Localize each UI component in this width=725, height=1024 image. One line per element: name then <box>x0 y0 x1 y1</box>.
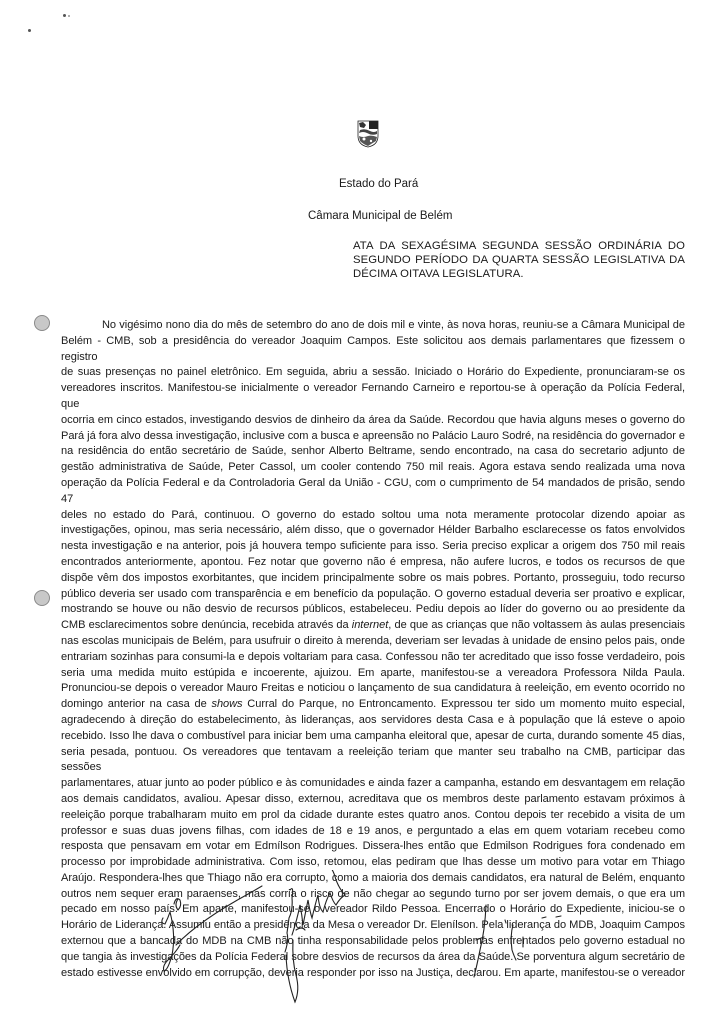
minutes-line: mostrando se houve ou não desvio de recu… <box>61 602 685 618</box>
scan-artifact-dot <box>63 14 66 17</box>
minutes-line: público deveria ser usado com transparên… <box>61 587 685 603</box>
minutes-line: Belém - CMB, sob a presidência do veread… <box>61 334 685 366</box>
minutes-line: recebido. Isso lhe dava o combustível pa… <box>61 729 685 745</box>
minutes-line: operação da Polícia Federal e da Control… <box>61 476 685 508</box>
scan-artifact-dot <box>68 15 70 17</box>
minutes-line: seria pesada, pontuou. Os vereadores que… <box>61 745 685 777</box>
minutes-line: entrariam sozinhas para consumi-la e dep… <box>61 650 685 666</box>
minutes-line: encontrados anteriormente, apontou. Fez … <box>61 555 685 571</box>
minutes-line: processo por improbidade administrativa.… <box>61 855 685 871</box>
signature-2 <box>285 870 345 1002</box>
minutes-line: No vigésimo nono dia do mês de setembro … <box>61 318 685 334</box>
minutes-line: aos demais candidatos, avaliou. Apesar d… <box>61 792 685 808</box>
minutes-line: parlamentares, atuar junto ao poder públ… <box>61 776 685 792</box>
state-name: Estado do Pará <box>339 178 418 190</box>
minutes-line: seria uma medida muito estúpida e incoer… <box>61 666 685 682</box>
minutes-line: ocorria em cinco estados, investigando d… <box>61 413 685 429</box>
chamber-name: Câmara Municipal de Belém <box>308 210 452 222</box>
minutes-line: de suas presenças no painel eletrônico. … <box>61 365 685 381</box>
session-title: ATA DA SEXAGÉSIMA SEGUNDA SESSÃO ORDINÁR… <box>353 239 685 281</box>
signatures-area <box>0 870 725 1024</box>
session-title-line: DÉCIMA OITAVA LEGISLATURA. <box>353 267 685 281</box>
minutes-line: nas escolas municipais de Belém, para us… <box>61 634 685 650</box>
minutes-line: nesta investigação e na anterior, pois j… <box>61 539 685 555</box>
minutes-line: resposta que pensavam em votar em Edmíls… <box>61 839 685 855</box>
signature-3 <box>474 905 561 977</box>
minutes-line: Pará já fora alvo dessa investigação, in… <box>61 429 685 445</box>
minutes-line: gestão administrativa de Saúde, Peter Ca… <box>61 460 685 476</box>
minutes-line: domingo anterior na casa de shows Curral… <box>61 697 685 713</box>
minutes-line: CMB esclarecimentos sobre denúncia, rece… <box>61 618 685 634</box>
coat-of-arms-icon <box>357 120 379 148</box>
minutes-line: deles no estado do Pará, continuou. O go… <box>61 508 685 524</box>
minutes-line: vereadores inscritos. Manifestou-se inic… <box>61 381 685 413</box>
minutes-line: agradecendo à direção do estabelecimento… <box>61 713 685 729</box>
minutes-line: Pronunciou-se depois o vereador Mauro Fr… <box>61 681 685 697</box>
minutes-line: na residência do então secretário de Saú… <box>61 444 685 460</box>
punch-hole <box>34 315 50 331</box>
punch-hole <box>34 590 50 606</box>
minutes-line: professor e suas duas jovens filhas, com… <box>61 824 685 840</box>
minutes-line: reeleição porque trabalharam muito em pr… <box>61 808 685 824</box>
session-title-line: SEGUNDO PERÍODO DA QUARTA SESSÃO LEGISLA… <box>353 253 685 267</box>
session-title-line: ATA DA SEXAGÉSIMA SEGUNDA SESSÃO ORDINÁR… <box>353 239 685 253</box>
minutes-line: dispõe vêm dos impostos exorbitantes, qu… <box>61 571 685 587</box>
signature-1 <box>162 886 262 971</box>
scan-artifact-dot <box>28 29 31 32</box>
minutes-line: investigações, opinou, mas seria necessá… <box>61 523 685 539</box>
